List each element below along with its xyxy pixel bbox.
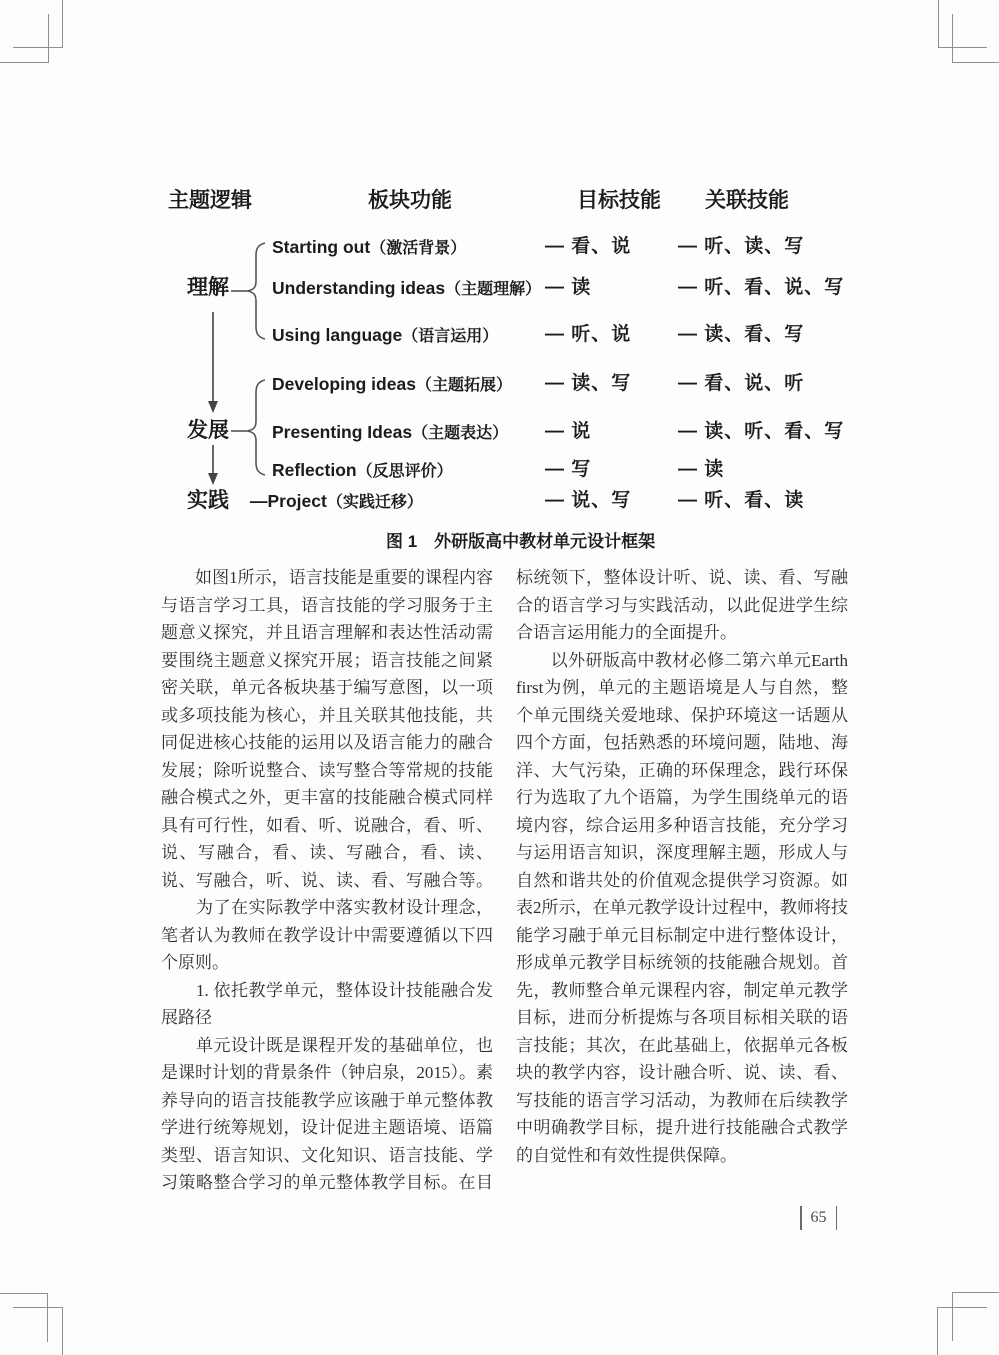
page-number-value: 65 [811, 1209, 827, 1227]
figure-column-header-related-skills: 关联技能 [705, 188, 789, 214]
related-skills: — 听、看、读 [678, 488, 804, 514]
target-skills: — 写 [545, 457, 591, 483]
related-skills: — 读 [678, 457, 724, 483]
text-line: 个单元围绕关爱地球、保护环境这一话题从 [516, 702, 848, 730]
target-skills: — 看、说 [545, 234, 631, 260]
figure-row: Understanding ideas（主题理解）— 读— 听、看、说、写 [0, 275, 999, 301]
figure-row: —Project（实践迁移）— 说、写— 听、看、读 [0, 488, 999, 514]
text-line: 的自觉性和有效性提供保障。 [516, 1142, 848, 1170]
text-line: 与语言学习工具，语言技能的学习服务于主 [161, 592, 493, 620]
text-line: 境内容，综合运用多种语言技能，充分学习 [516, 812, 848, 840]
text-line: 标统领下，整体设计听、说、读、看、写融 [516, 564, 848, 592]
module-label: Presenting Ideas（主题表达） [272, 419, 508, 447]
figure-caption: 图 1 外研版高中教材单元设计框架 [386, 527, 655, 552]
crop-mark-bottom-left-inner [13, 1307, 63, 1355]
module-label: —Project（实践迁移） [250, 488, 423, 516]
related-skills: — 读、看、写 [678, 322, 804, 348]
target-skills: — 读 [545, 275, 591, 301]
figure-column-header-target-skills: 目标技能 [577, 188, 661, 214]
text-line: 目标，进而分析提炼与各项目标相关联的语 [516, 1004, 848, 1032]
text-line: 块的教学内容，设计融合听、说、读、看、 [516, 1059, 848, 1087]
figure-column-header-module-function: 板块功能 [368, 188, 452, 214]
text-line: 合的语言学习与实践活动，以此促进学生综 [516, 592, 848, 620]
text-line: 习策略整合学习的单元整体教学目标。在目 [161, 1169, 493, 1197]
page-number: 65 [800, 1204, 837, 1231]
figure-row: Developing ideas（主题拓展）— 读、写— 看、说、听 [0, 371, 999, 397]
page-number-right-bar [836, 1206, 838, 1230]
target-skills: — 说 [545, 419, 591, 445]
unit-design-framework-figure: 主题逻辑 板块功能 目标技能 关联技能 理解 发展 实践 Starting ou… [0, 0, 999, 560]
text-line: 合语言运用能力的全面提升。 [516, 619, 848, 647]
text-line: 先，教师整合单元课程内容，制定单元教学 [516, 977, 848, 1005]
text-line: 展路径 [161, 1004, 493, 1032]
text-line: 言技能；其次，在此基础上，依据单元各板 [516, 1032, 848, 1060]
figure-column-header-theme-logic: 主题逻辑 [168, 188, 252, 214]
body-column-right: 标统领下，整体设计听、说、读、看、写融合的语言学习与实践活动，以此促进学生综合语… [516, 564, 848, 1169]
related-skills: — 听、读、写 [678, 234, 804, 260]
body-column-left: 如图1所示，语言技能是重要的课程内容与语言学习工具，语言技能的学习服务于主题意义… [161, 564, 493, 1197]
text-line: 要围绕主题意义探究开展；语言技能之间紧 [161, 647, 493, 675]
related-skills: — 读、听、看、写 [678, 419, 844, 445]
text-line: 四个方面，包括熟悉的环境问题，陆地、海 [516, 729, 848, 757]
module-label: Developing ideas（主题拓展） [272, 371, 512, 399]
text-line: 为了在实际教学中落实教材设计理念， [161, 894, 493, 922]
text-line: 洋、大气污染，正确的环保理念，践行环保 [516, 757, 848, 785]
text-line: 密关联，单元各板块基于编写意图，以一项 [161, 674, 493, 702]
text-line: 笔者认为教师在教学设计中需要遵循以下四 [161, 922, 493, 950]
text-line: 学进行统筹规划，设计促进主题语境、语篇 [161, 1114, 493, 1142]
page-number-left-bar [800, 1206, 802, 1230]
text-line: 如图1所示，语言技能是重要的课程内容 [161, 564, 493, 592]
text-line: 表2所示，在单元教学设计过程中，教师将技 [516, 894, 848, 922]
text-line: first为例，单元的主题语境是人与自然，整 [516, 674, 848, 702]
text-line: 写技能的语言学习活动，为教师在后续教学 [516, 1087, 848, 1115]
text-line: 1. 依托教学单元，整体设计技能融合发 [161, 977, 493, 1005]
text-line: 个原则。 [161, 949, 493, 977]
text-line: 行为选取了九个语篇，为学生围绕单元的语 [516, 784, 848, 812]
text-line: 是课时计划的背景条件（钟启泉，2015）。素 [161, 1059, 493, 1087]
text-line: 以外研版高中教材必修二第六单元Earth [516, 647, 848, 675]
module-label: Understanding ideas（主题理解） [272, 275, 541, 303]
text-line: 自然和谐共处的价值观念提供学习资源。如 [516, 867, 848, 895]
related-skills: — 听、看、说、写 [678, 275, 844, 301]
module-label: Starting out（激活背景） [272, 234, 466, 262]
text-line: 能学习融于单元目标制定中进行整体设计， [516, 922, 848, 950]
text-line: 题意义探究，并且语言理解和表达性活动需 [161, 619, 493, 647]
target-skills: — 说、写 [545, 488, 631, 514]
arrowhead-understanding-to-development [208, 401, 218, 413]
figure-row: Presenting Ideas（主题表达）— 说— 读、听、看、写 [0, 419, 999, 445]
text-line: 说、写融合，听、说、读、看、写融合等。 [161, 867, 493, 895]
text-line: 养导向的语言技能教学应该融于单元整体教 [161, 1087, 493, 1115]
text-line: 具有可行性，如看、听、说融合，看、听、 [161, 812, 493, 840]
module-label: Reflection（反思评价） [272, 457, 453, 485]
text-line: 发展；除听说整合、读写整合等常规的技能 [161, 757, 493, 785]
text-line: 中明确教学目标，提升进行技能融合式教学 [516, 1114, 848, 1142]
target-skills: — 读、写 [545, 371, 631, 397]
figure-row: Starting out（激活背景）— 看、说— 听、读、写 [0, 234, 999, 260]
related-skills: — 看、说、听 [678, 371, 804, 397]
text-line: 类型、语言知识、文化知识、语言技能、学 [161, 1142, 493, 1170]
text-line: 单元设计既是课程开发的基础单位，也 [161, 1032, 493, 1060]
text-line: 或多项技能为核心，并且关联其他技能，共 [161, 702, 493, 730]
text-line: 与运用语言知识，深度理解主题，形成人与 [516, 839, 848, 867]
text-line: 说、写融合，看、读、写融合，看、读、 [161, 839, 493, 867]
target-skills: — 听、说 [545, 322, 631, 348]
text-line: 同促进核心技能的运用以及语言能力的融合 [161, 729, 493, 757]
text-line: 形成单元教学目标统领的技能融合规划。首 [516, 949, 848, 977]
scanned-paper-page: 主题逻辑 板块功能 目标技能 关联技能 理解 发展 实践 Starting ou… [0, 0, 999, 1355]
figure-row: Using language（语言运用）— 听、说— 读、看、写 [0, 322, 999, 348]
figure-row: Reflection（反思评价）— 写— 读 [0, 457, 999, 483]
module-label: Using language（语言运用） [272, 322, 498, 350]
crop-mark-bottom-right-inner [937, 1307, 987, 1355]
text-line: 融合模式之外，更丰富的技能融合模式同样 [161, 784, 493, 812]
